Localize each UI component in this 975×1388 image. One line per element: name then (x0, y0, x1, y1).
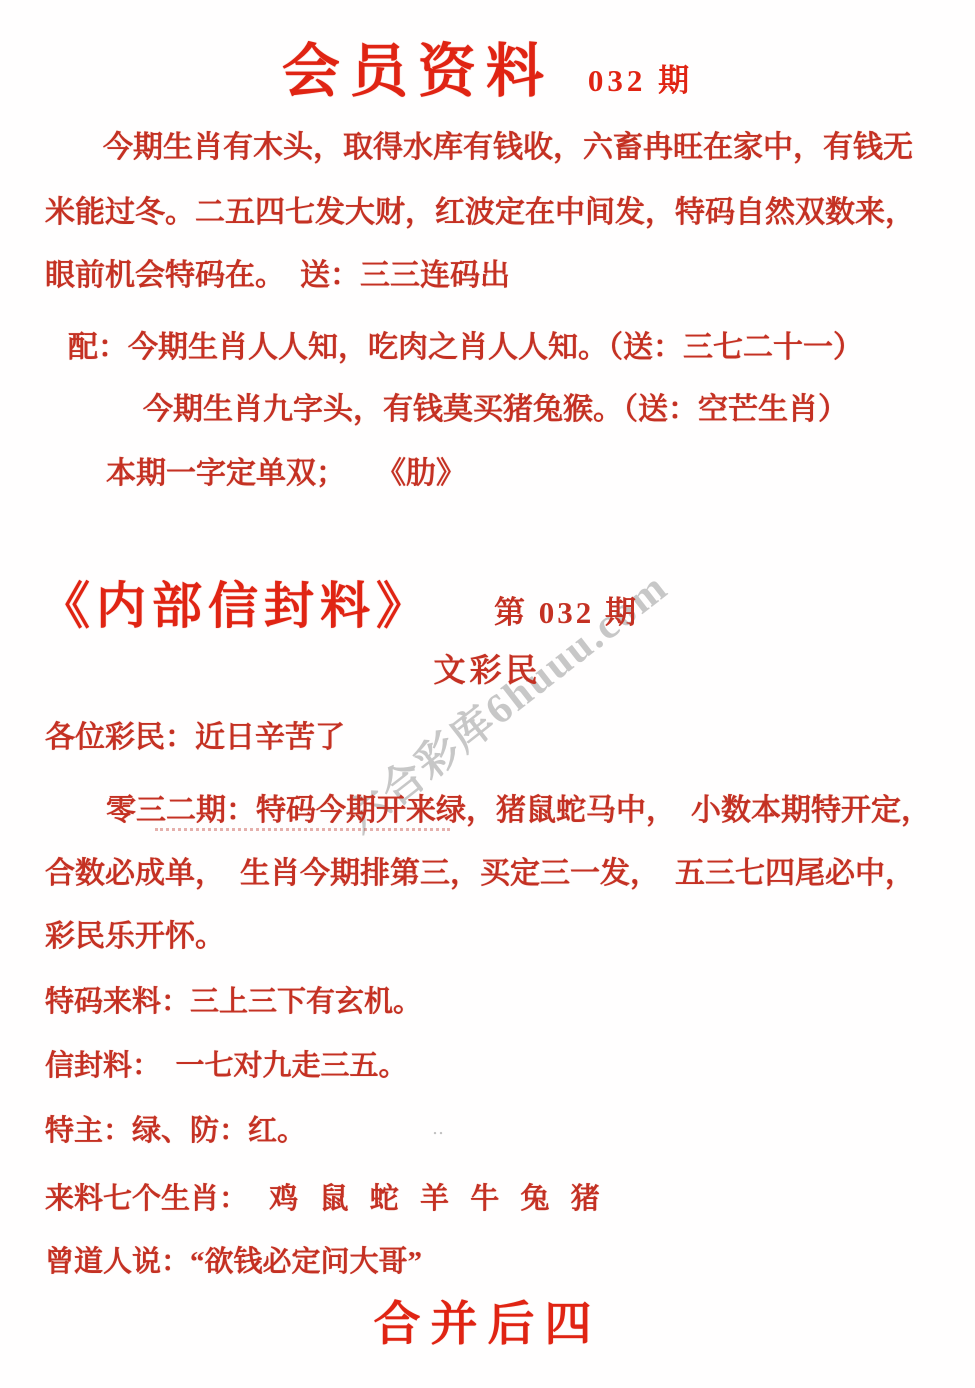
envelope-title: 《内部信封料》 (40, 566, 432, 638)
special-code-line: 特码来料：三上三下有玄机。 (45, 987, 422, 1019)
member-pair-line-1: 配：今期生肖人人知，吃肉之肖人人知。（送：三七二十一） (68, 331, 863, 364)
scan-artifact-dots: ‥ (432, 1118, 444, 1139)
envelope-author: 文彩民 (0, 653, 975, 688)
member-header: 会员资料 032 期 (0, 24, 975, 108)
member-period: 032 期 (588, 55, 693, 100)
envelope-header: 《内部信封料》 第 032 期 (40, 566, 639, 638)
zodiac-tip-line: 来料七个生肖： 鸡 鼠 蛇 羊 牛 兔 猪 (45, 1184, 600, 1216)
footer-result-line: 合并后四 (0, 1300, 975, 1352)
envelope-body-line-3: 彩民乐开怀。 (45, 920, 225, 953)
envelope-body-line-2: 合数必成单， 生肖今期排第三，买定三一发， 五三七四尾必中， (45, 857, 915, 890)
envelope-greeting: 各位彩民：近日辛苦了 (45, 721, 345, 754)
member-odd-even-line: 本期一字定单双； 《肋》 (106, 457, 466, 490)
color-tip-line: 特主：绿、防：红。 (45, 1116, 306, 1148)
envelope-period: 第 032 期 (494, 587, 639, 632)
quote-line: 曾道人说：“欲钱必定问大哥” (45, 1247, 422, 1279)
tip-sheet-page: 六合彩库6huuu.com 会员资料 032 期 今期生肖有木头，取得水库有钱收… (0, 0, 975, 1388)
member-title: 会员资料 (282, 24, 554, 108)
envelope-body-line-1: 零三二期：特码今期开来绿，猪鼠蛇马中， 小数本期特开定， (106, 794, 931, 827)
member-poem-line-1: 今期生肖有木头，取得水库有钱收，六畜冉旺在家中，有钱无 (103, 131, 913, 164)
member-pair-line-2: 今期生肖九字头，有钱莫买猪兔猴。（送：空芒生肖） (143, 393, 848, 426)
member-poem-line-2: 米能过冬。二五四七发大财，红波定在中间发，特码自然双数来， (45, 196, 915, 229)
envelope-tip-line: 信封料： 一七对九走三五。 (45, 1051, 408, 1083)
member-poem-line-3: 眼前机会特码在。 送：三三连码出 (45, 259, 510, 292)
scan-artifact-dashes (155, 824, 450, 831)
